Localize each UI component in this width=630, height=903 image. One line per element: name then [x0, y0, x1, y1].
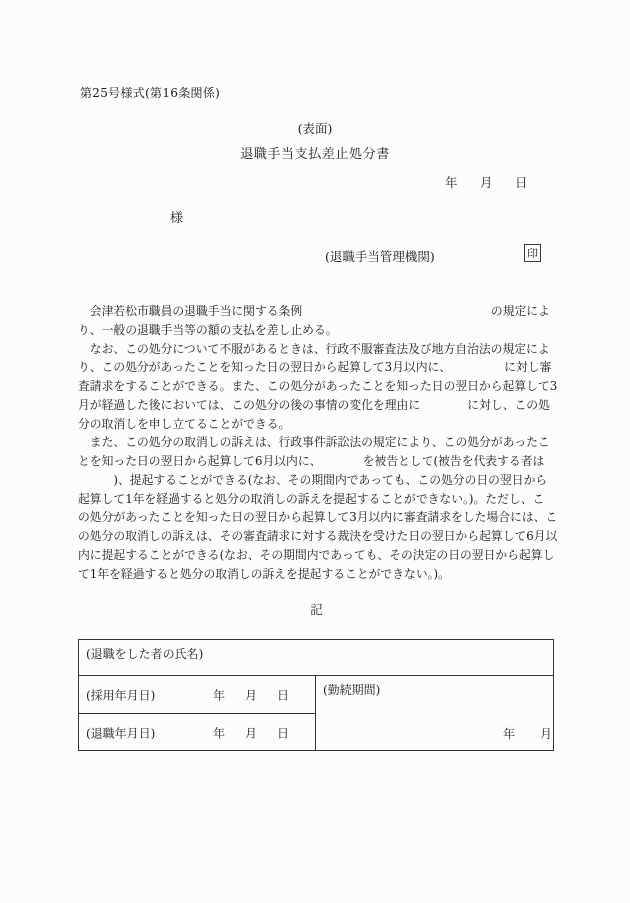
document-page: { "document": { "form_number": "第25号様式(第…	[0, 0, 630, 903]
retirement-date-year-label: 年	[213, 724, 225, 741]
hire-date-month-label: 月	[245, 686, 257, 703]
retirement-date-day-label: 日	[277, 724, 289, 741]
issuer-label: (退職手当管理機関)	[325, 247, 435, 265]
body-line-6: 月が経過した後においては、この処分の後の事情の変化を理由に に対し、この処	[78, 396, 578, 415]
issue-date-month-label: 月	[480, 173, 493, 191]
retiree-name-cell: (退職をした者の氏名)	[79, 640, 553, 676]
service-period-month-label: 月	[540, 725, 552, 742]
form-number: 第25号様式(第16条関係)	[80, 84, 220, 101]
hire-date-label: (採用年月日)	[86, 686, 155, 703]
body-line-7: 分の取消しを申し立てることができる。	[78, 415, 578, 434]
hire-date-cell: (採用年月日) 年 月 日	[79, 676, 315, 714]
page-side-label: (表面)	[0, 119, 630, 137]
body-line-3: なお、この処分について不服があるときは、行政不服審査法及び地方自治法の規定によ	[78, 340, 578, 359]
body-line-5: 査請求をすることができる。また、この処分があったことを知った日の翌日から起算して…	[78, 377, 578, 396]
seal-mark: 印	[524, 244, 541, 262]
body-text: 会津若松市職員の退職手当に関する条例 の規定によ り、一般の退職手当等の額の支払…	[78, 302, 578, 583]
retiree-name-label: (退職をした者の氏名)	[86, 647, 203, 661]
detail-table: (退職をした者の氏名) (採用年月日) 年 月 日 (退職年月日) 年 月 日 …	[78, 639, 554, 751]
notes-heading: 記	[78, 600, 555, 618]
body-line-4: り、この処分があったことを知った日の翌日から起算して3月以内に、 に対し審	[78, 358, 578, 377]
body-line-10: )、提起することができる(なお、その期間内であっても、この処分の日の翌日から	[78, 471, 578, 490]
body-line-15: て1年を経過すると処分の取消しの訴えを提起することができない。)。	[78, 565, 578, 584]
retirement-date-month-label: 月	[245, 724, 257, 741]
body-line-2: り、一般の退職手当等の額の支払を差し止める。	[78, 321, 578, 340]
retirement-date-cell: (退職年月日) 年 月 日	[79, 714, 315, 751]
hire-date-year-label: 年	[213, 686, 225, 703]
body-line-13: の処分の取消しの訴えは、その審査請求に対する裁決を受けた日の翌日から起算して6月…	[78, 527, 578, 546]
body-line-14: 内に提起することができる(なお、その期間内であっても、その決定の日の翌日から起算…	[78, 546, 578, 565]
document-title: 退職手当支払差止処分書	[0, 143, 630, 162]
service-period-year-label: 年	[503, 725, 515, 742]
body-line-9: とを知った日の翌日から起算して6月以内に、 を被告として(被告を代表する者は	[78, 452, 578, 471]
body-line-8: また、この処分の取消しの訴えは、行政事件訴訟法の規定により、この処分があったこ	[78, 433, 578, 452]
service-period-label: (勤続期間)	[323, 683, 380, 697]
addressee-honorific: 様	[170, 207, 183, 226]
body-line-1: 会津若松市職員の退職手当に関する条例 の規定によ	[78, 302, 578, 321]
issue-date-day-label: 日	[515, 173, 528, 191]
body-line-11: 起算して1年を経過すると処分の取消しの訴えを提起することができない。)。ただし、…	[78, 490, 578, 509]
body-line-12: の処分があったことを知った日の翌日から起算して3月以内に審査請求をした場合には、…	[78, 508, 578, 527]
issue-date-year-label: 年	[445, 173, 458, 191]
retirement-date-label: (退職年月日)	[86, 724, 155, 741]
hire-date-day-label: 日	[277, 686, 289, 703]
service-period-cell: (勤続期間) 年 月	[316, 676, 553, 751]
